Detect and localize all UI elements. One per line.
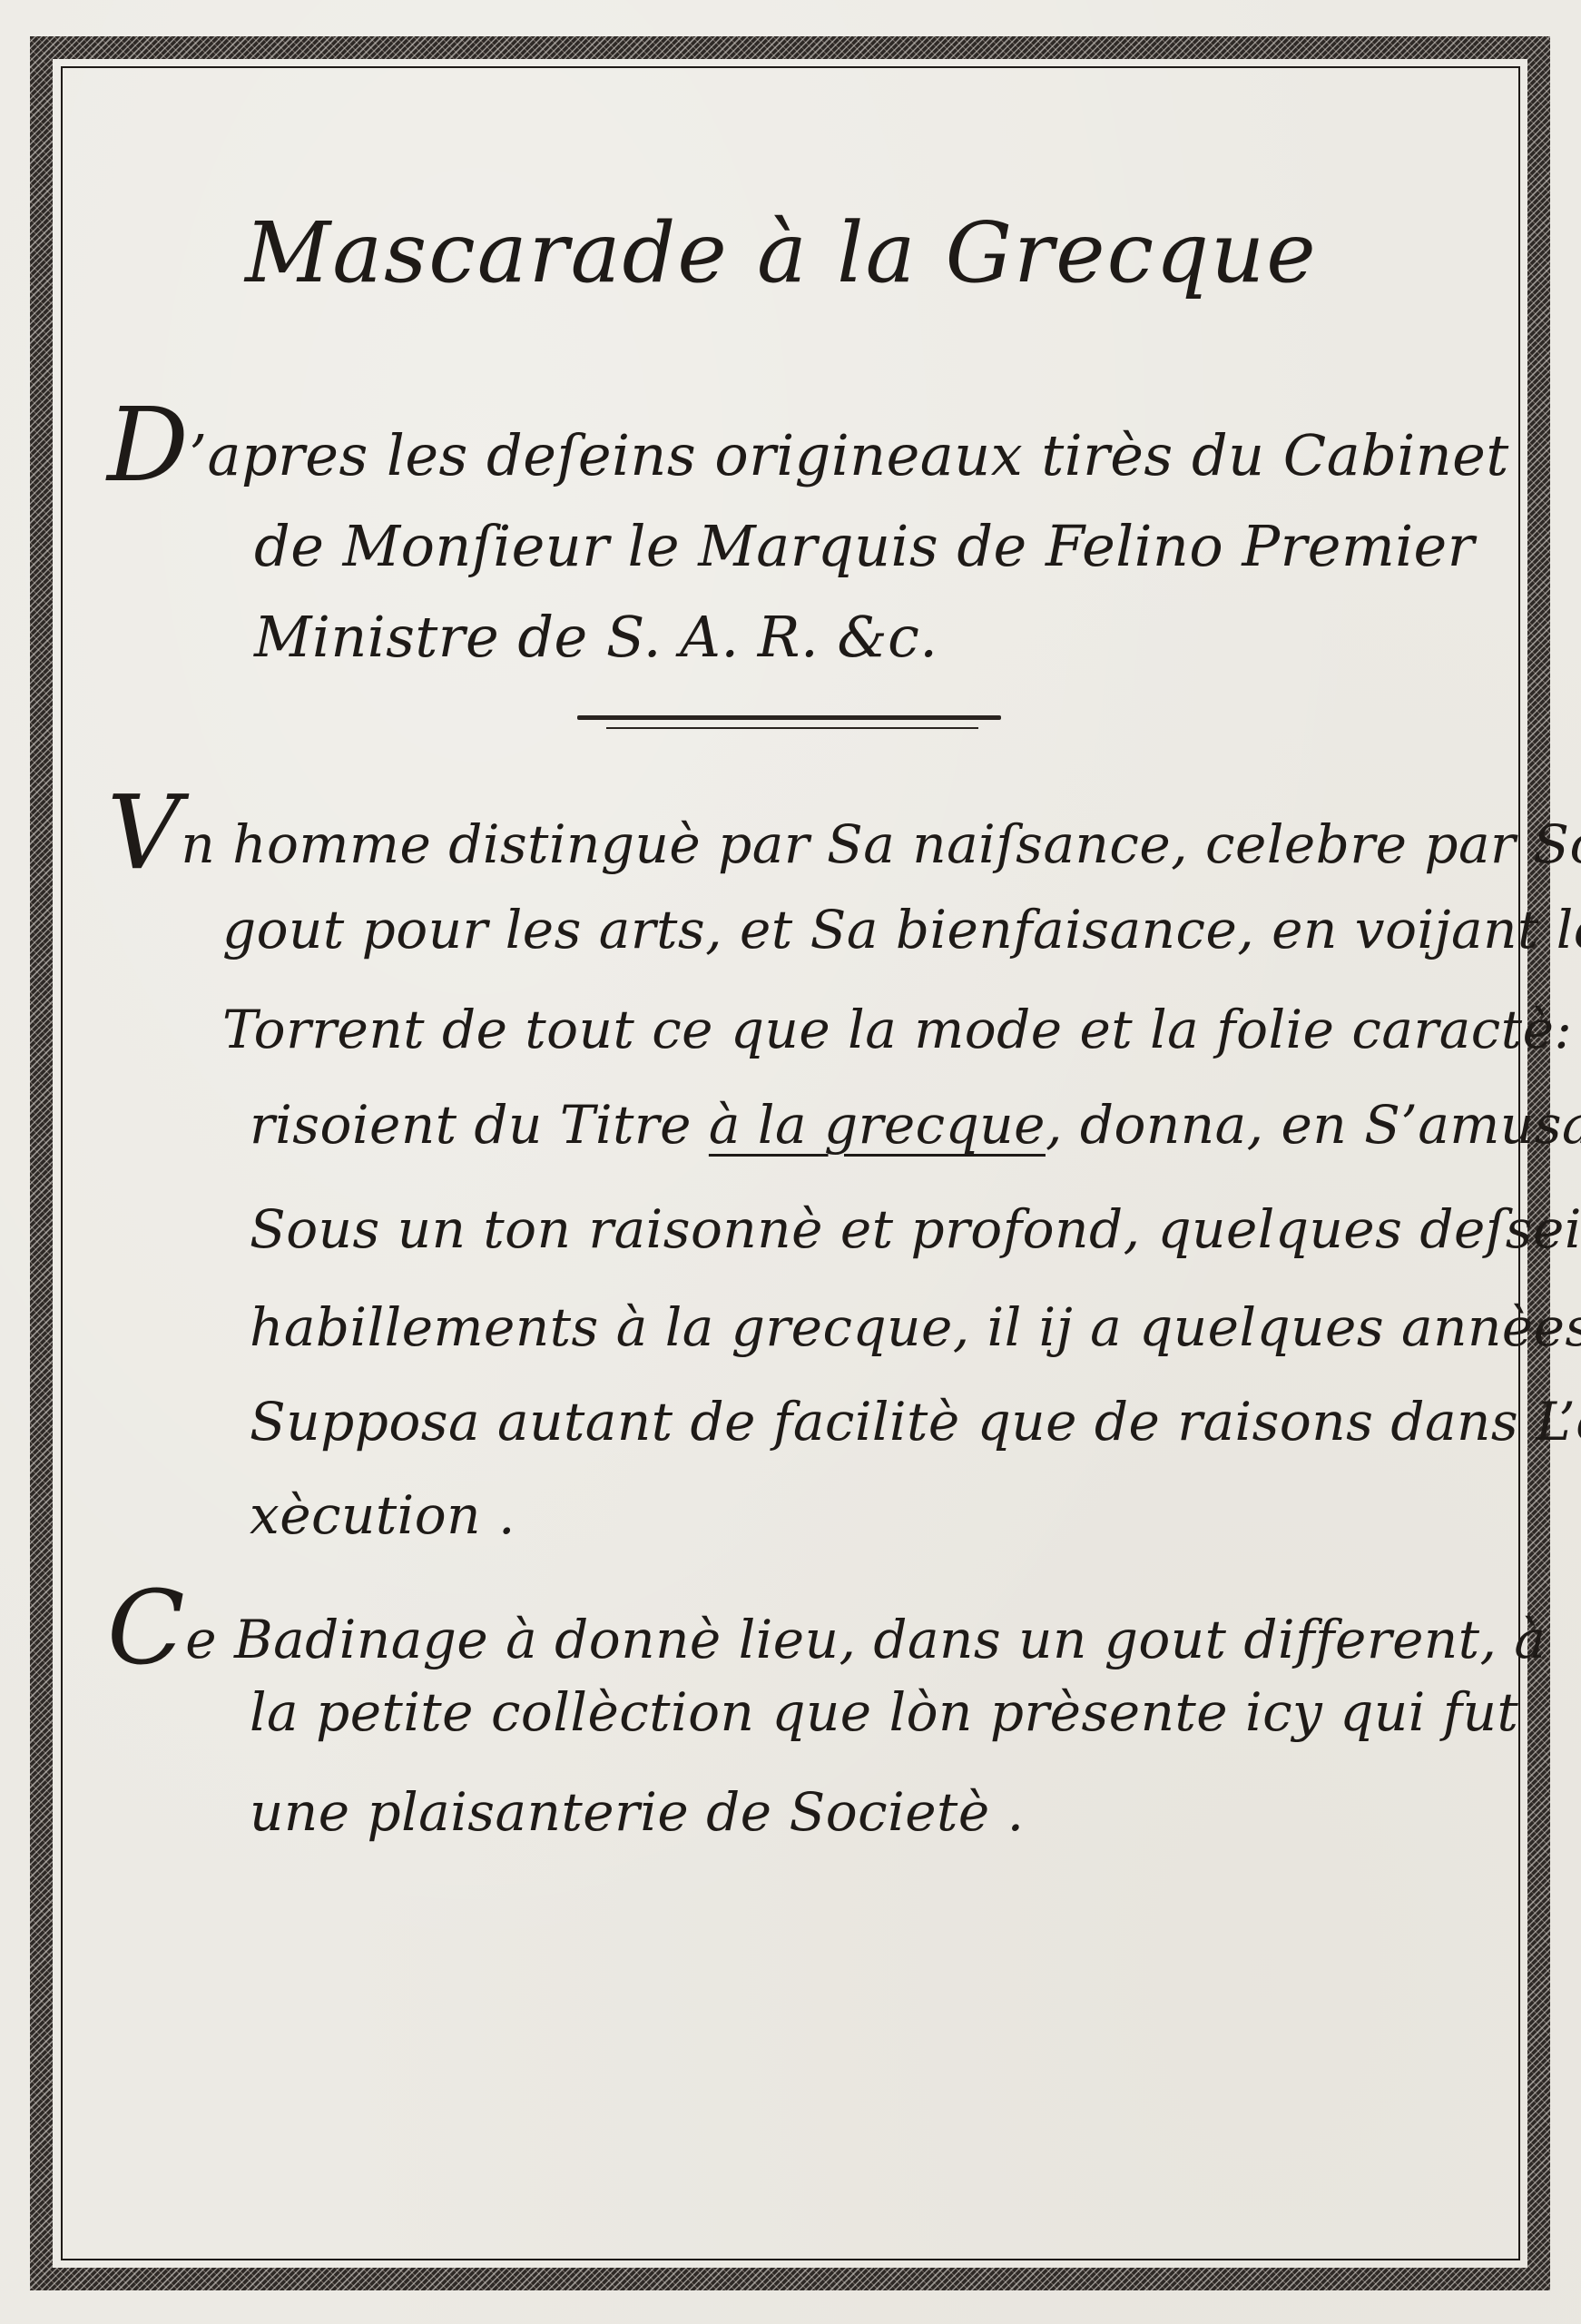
paragraph-2-line-2: la petite collèction que lòn prèsente ic… <box>250 1681 1518 1743</box>
divider-thin-rule <box>606 727 978 729</box>
paragraph-2-line-1-text: e Badinage à donnè lieu, dans un gout di… <box>185 1609 1546 1670</box>
paragraph-1-line-1: Vn homme distinguè par Sa naiſsance, cel… <box>107 783 1581 884</box>
paragraph-1-line-5: Sous un ton raisonnè et profond, quelque… <box>250 1198 1581 1260</box>
line-4-pre: risoient du Titre <box>250 1094 709 1156</box>
subtitle-line-2: de Monſieur le Marquis de Felino Premier <box>254 513 1475 579</box>
divider-thick-rule <box>577 715 1001 720</box>
paragraph-1-line-1-text: n homme distinguè par Sa naiſsance, cele… <box>181 813 1581 875</box>
page-title: Mascarade à la Grecque <box>245 204 1318 301</box>
paragraph-1-line-3: Torrent de tout ce que la mode et la fol… <box>222 999 1572 1060</box>
paragraph-1-line-6: habillements à la grecque, il ij a quelq… <box>250 1296 1581 1358</box>
subtitle-line-1: D’apres les deſeins origineaux tirès du … <box>107 395 1509 497</box>
subtitle-line-3: Ministre de S. A. R. &c. <box>254 604 938 670</box>
paragraph-1-line-7: Supposa autant de facilitè que de raison… <box>250 1391 1581 1452</box>
paragraph-1-line-8: xècution . <box>250 1484 516 1546</box>
dropcap-v: V <box>107 774 181 892</box>
line-4-post: , donna, en S’amusant <box>1046 1094 1581 1156</box>
underlined-phrase: à la grecque <box>709 1094 1046 1156</box>
paragraph-2-line-1: Ce Badinage à donnè lieu, dans un gout d… <box>107 1578 1547 1679</box>
paragraph-1-line-2: gout pour les arts, et Sa bienfaisance, … <box>222 899 1581 960</box>
paragraph-2-line-3: une plaisanterie de Societè . <box>250 1781 1025 1843</box>
dropcap-c: C <box>107 1570 185 1688</box>
paragraph-1-line-4: risoient du Titre à la grecque, donna, e… <box>250 1094 1581 1156</box>
subtitle-line-1-text: ’apres les deſeins origineaux tirès du C… <box>189 422 1508 488</box>
dropcap-d: D <box>107 387 189 505</box>
